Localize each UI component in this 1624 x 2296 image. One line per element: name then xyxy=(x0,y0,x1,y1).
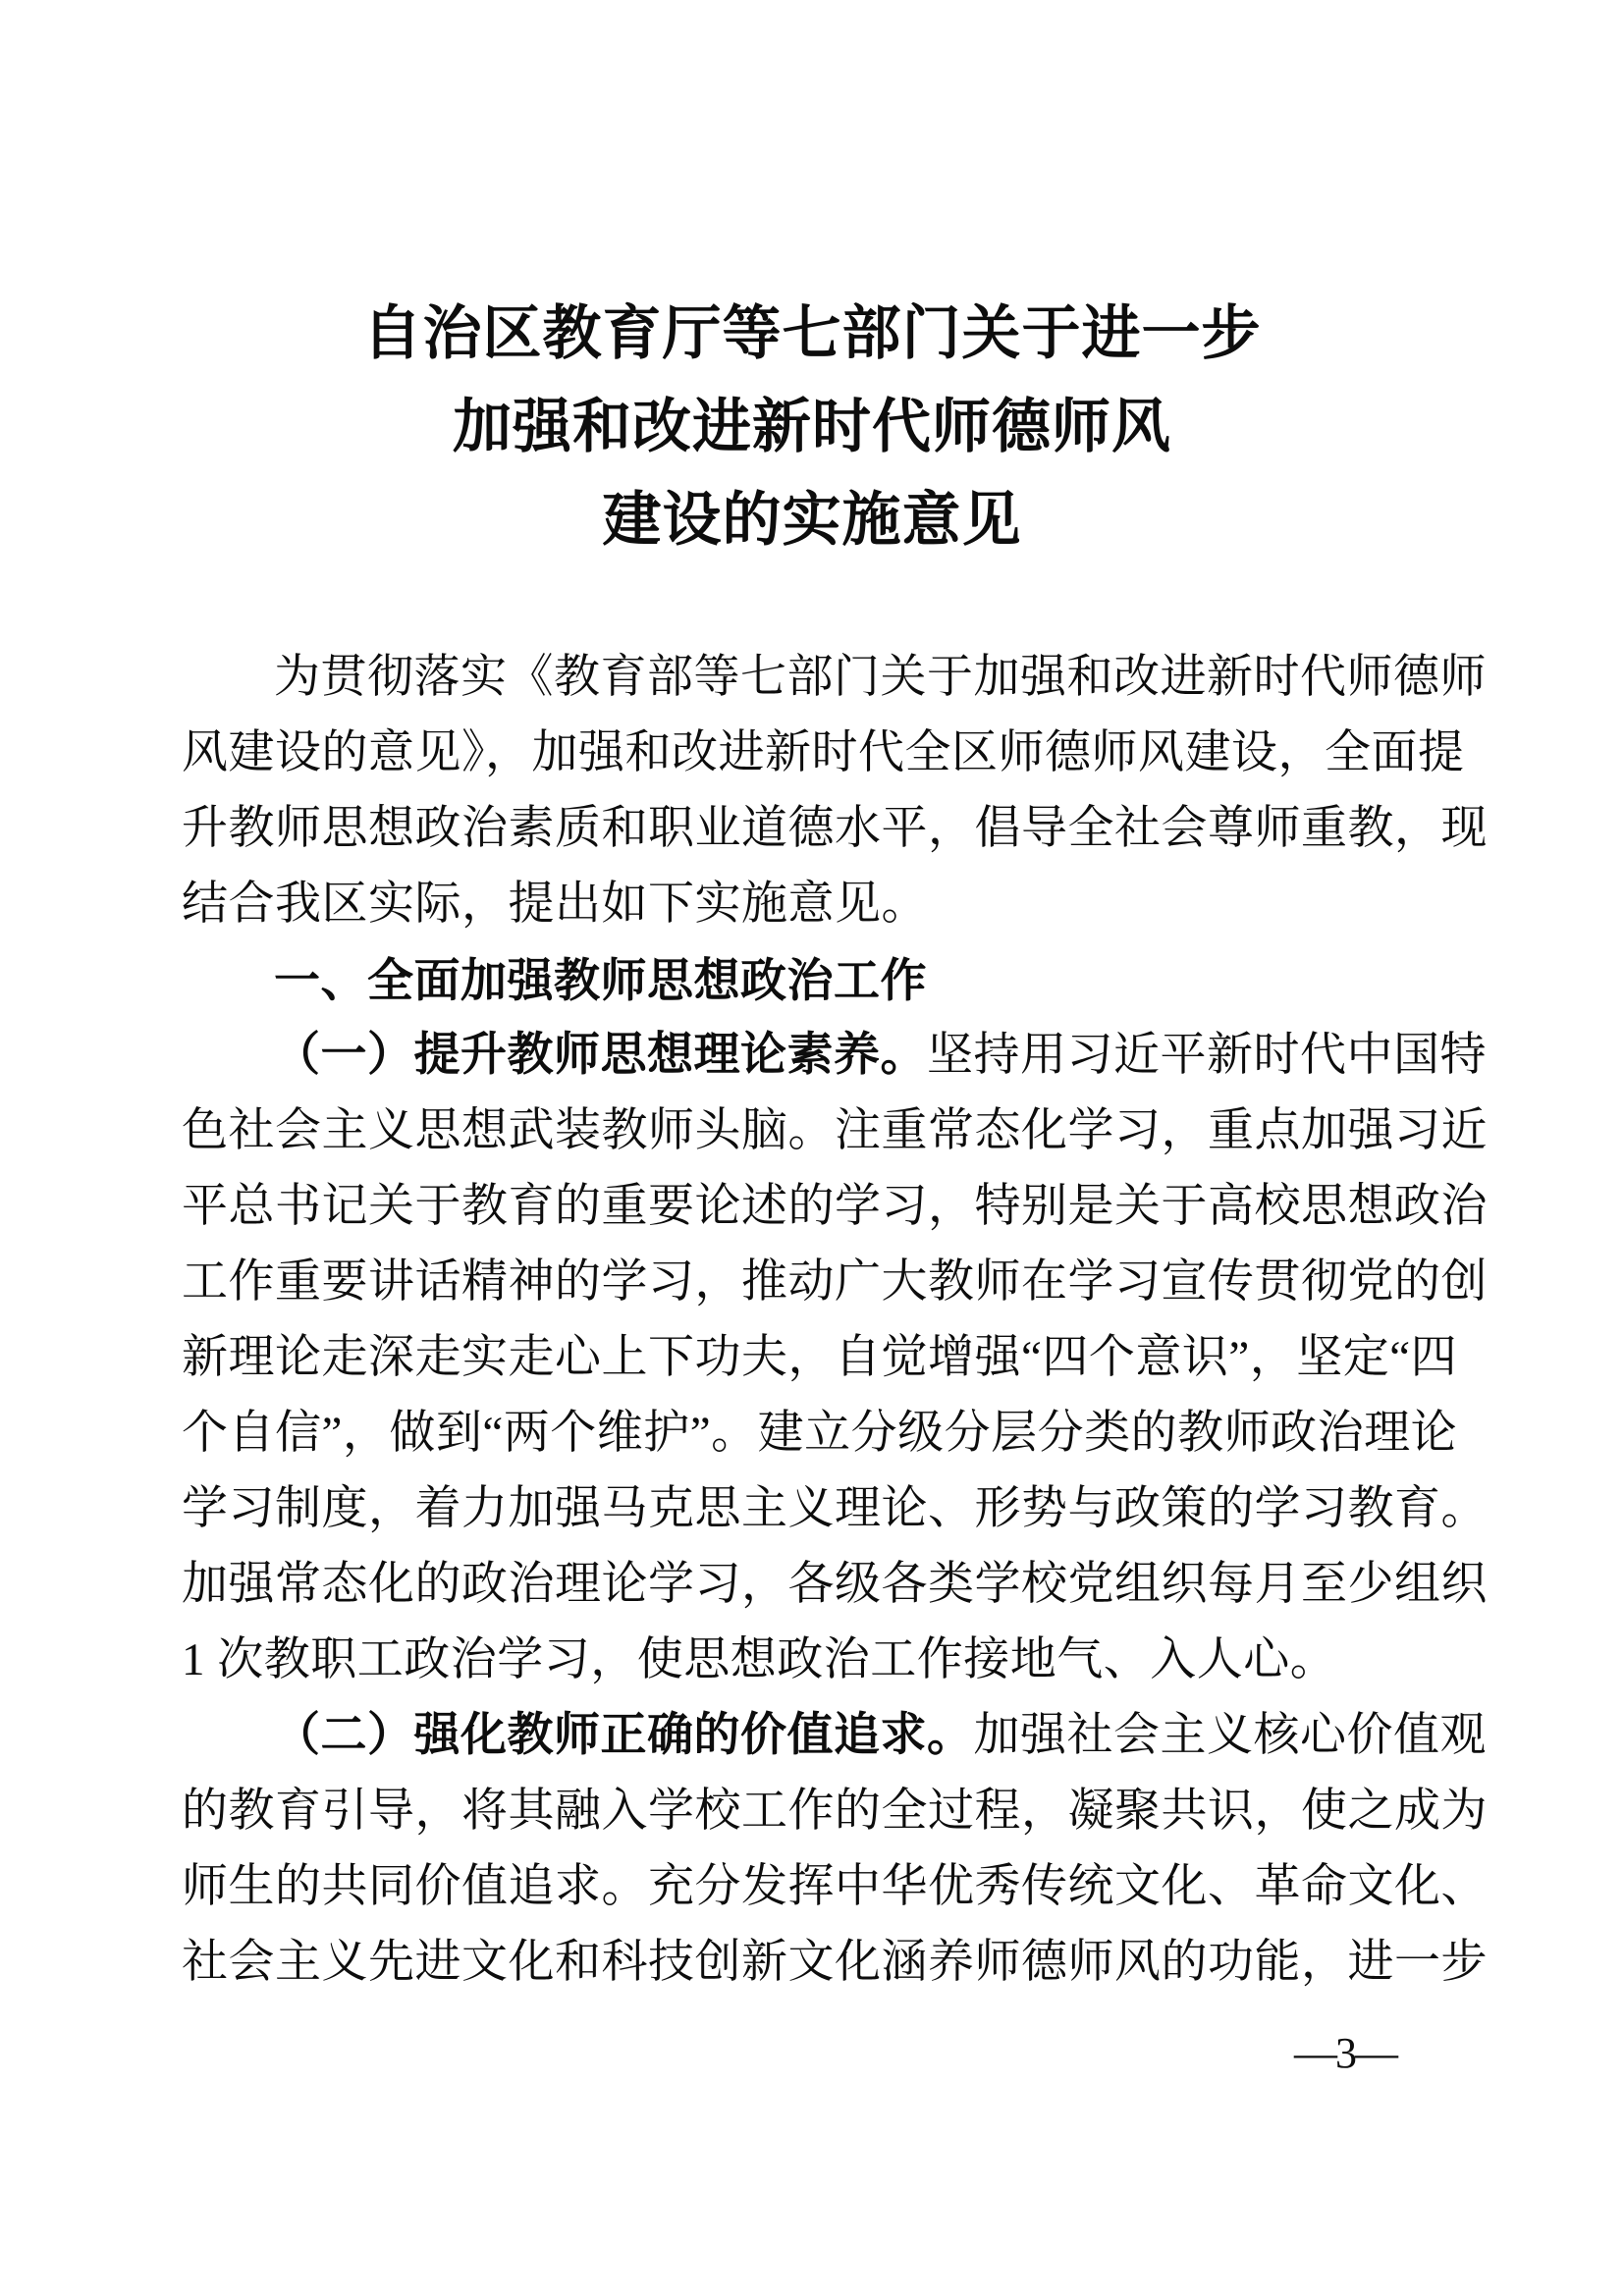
line-text: 工作重要讲话精神的学习，推动广大教师在学习宣传贯彻党的创 xyxy=(182,1256,1488,1308)
line-text: 个自信”，做到“两个维护”。建立分级分层分类的教师政治理论 xyxy=(182,1408,1457,1459)
paragraph-line: 为贯彻落实《教育部等七部门关于加强和改进新时代师德师 xyxy=(182,640,1488,716)
line-text: 色社会主义思想武装教师头脑。注重常态化学习，重点加强习近 xyxy=(182,1105,1488,1156)
paragraph-line: 新理论走深走实走心上下功夫，自觉增强“四个意识”，坚定“四 xyxy=(182,1320,1488,1396)
line-text: 为贯彻落实《教育部等七部门关于加强和改进新时代师德师 xyxy=(274,652,1487,703)
paragraph-line: 社会主义先进文化和科技创新文化涵养师德师风的功能，进一步 xyxy=(182,1925,1488,2001)
title-line-2: 加强和改进新时代师德师风 xyxy=(0,381,1624,474)
line-text: 加强社会主义核心价值观 xyxy=(974,1710,1488,1761)
document-title: 自治区教育厅等七部门关于进一步 加强和改进新时代师德师风 建设的实施意见 xyxy=(0,288,1624,567)
line-text: 1 次教职工政治学习，使思想政治工作接地气、入人心。 xyxy=(182,1634,1336,1685)
paragraph-line: 结合我区实际，提出如下实施意见。 xyxy=(182,867,1488,942)
page-number: —3— xyxy=(1294,2024,1396,2083)
line-text: 风建设的意见》，加强和改进新时代全区师德师风建设，全面提 xyxy=(182,727,1465,778)
run-in-heading: （二）强化教师正确的价值追求。 xyxy=(274,1710,974,1761)
paragraph-line: （二）强化教师正确的价值追求。加强社会主义核心价值观 xyxy=(182,1698,1488,1774)
paragraph-line: 师生的共同价值追求。充分发挥中华优秀传统文化、革命文化、 xyxy=(182,1849,1488,1925)
paragraph-line: 个自信”，做到“两个维护”。建立分级分层分类的教师政治理论 xyxy=(182,1396,1488,1471)
document-body: 为贯彻落实《教育部等七部门关于加强和改进新时代师德师 风建设的意见》，加强和改进… xyxy=(182,640,1488,2001)
document-page: 自治区教育厅等七部门关于进一步 加强和改进新时代师德师风 建设的实施意见 为贯彻… xyxy=(0,0,1624,2296)
paragraph-line: （一）提升教师思想理论素养。坚持用习近平新时代中国特 xyxy=(182,1018,1488,1094)
line-text: 的教育引导，将其融入学校工作的全过程，凝聚共识，使之成为 xyxy=(182,1786,1488,1837)
paragraph-line: 平总书记关于教育的重要论述的学习，特别是关于高校思想政治 xyxy=(182,1169,1488,1245)
line-text: 坚持用习近平新时代中国特 xyxy=(927,1030,1487,1081)
line-text: 升教师思想政治素质和职业道德水平，倡导全社会尊师重教，现 xyxy=(182,803,1488,854)
line-text: 学习制度，着力加强马克思主义理论、形势与政策的学习教育。 xyxy=(182,1483,1488,1534)
line-text: 新理论走深走实走心上下功夫，自觉增强“四个意识”，坚定“四 xyxy=(182,1332,1457,1383)
line-text: 师生的共同价值追求。充分发挥中华优秀传统文化、革命文化、 xyxy=(182,1861,1488,1912)
paragraph-line: 升教师思想政治素质和职业道德水平，倡导全社会尊师重教，现 xyxy=(182,791,1488,867)
line-text: 平总书记关于教育的重要论述的学习，特别是关于高校思想政治 xyxy=(182,1181,1488,1232)
title-line-3: 建设的实施意见 xyxy=(0,474,1624,567)
line-text: 结合我区实际，提出如下实施意见。 xyxy=(182,879,928,930)
paragraph-line: 学习制度，着力加强马克思主义理论、形势与政策的学习教育。 xyxy=(182,1471,1488,1547)
run-in-heading: （一）提升教师思想理论素养。 xyxy=(274,1030,927,1081)
paragraph-line: 1 次教职工政治学习，使思想政治工作接地气、入人心。 xyxy=(182,1623,1488,1698)
title-line-1: 自治区教育厅等七部门关于进一步 xyxy=(0,288,1624,381)
line-text: 加强常态化的政治理论学习，各级各类学校党组织每月至少组织 xyxy=(182,1559,1488,1610)
paragraph-line: 的教育引导，将其融入学校工作的全过程，凝聚共识，使之成为 xyxy=(182,1774,1488,1849)
paragraph-line: 色社会主义思想武装教师头脑。注重常态化学习，重点加强习近 xyxy=(182,1094,1488,1169)
paragraph-line: 风建设的意见》，加强和改进新时代全区师德师风建设，全面提 xyxy=(182,716,1488,791)
paragraph-line: 加强常态化的政治理论学习，各级各类学校党组织每月至少组织 xyxy=(182,1547,1488,1623)
section-heading: 一、全面加强教师思想政治工作 xyxy=(182,942,1488,1018)
paragraph-line: 工作重要讲话精神的学习，推动广大教师在学习宣传贯彻党的创 xyxy=(182,1245,1488,1320)
line-text: 社会主义先进文化和科技创新文化涵养师德师风的功能，进一步 xyxy=(182,1937,1488,1988)
line-text: 一、全面加强教师思想政治工作 xyxy=(274,954,927,1006)
